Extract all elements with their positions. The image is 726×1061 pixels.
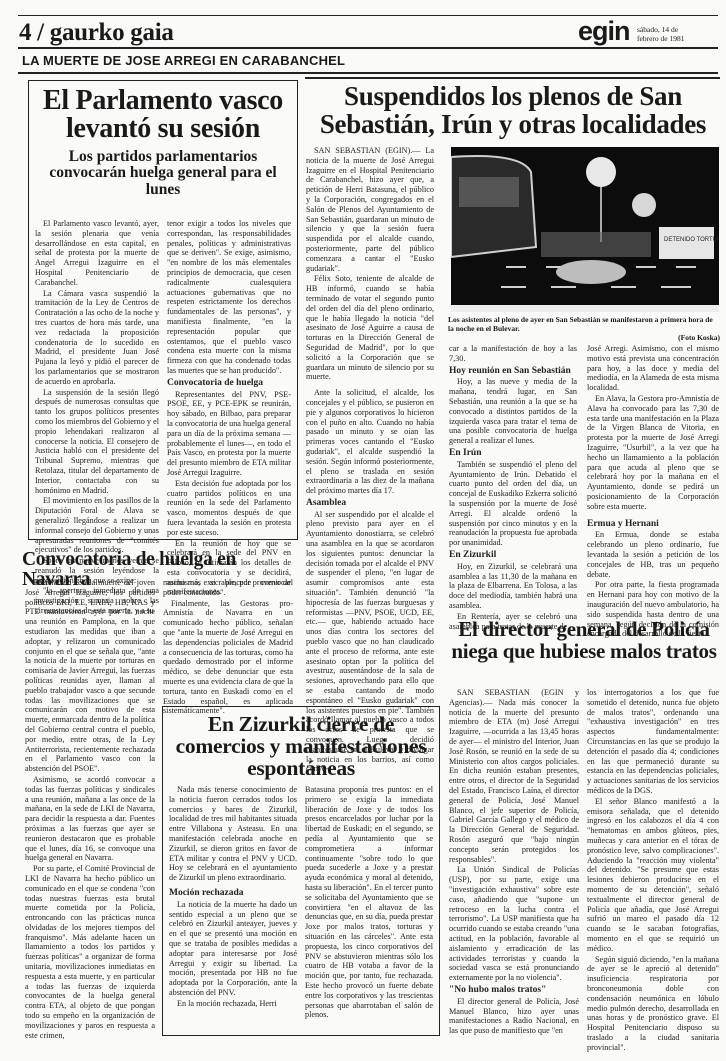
egin-logo: egin [578, 16, 630, 47]
paragraph: El movimiento en los pasillos de la Dipu… [35, 496, 159, 555]
paragraph: José Arregi. Asimismo, con el mismo moti… [587, 344, 719, 393]
paragraph: los interrogatorios a los que fue someti… [587, 688, 719, 796]
paragraph: El director general de Policía, José Man… [449, 997, 579, 1036]
date-line-2: febrero de 1981 [637, 34, 717, 43]
zizurkil-col-2: Batasuna proponía tres puntos: en el pri… [305, 785, 433, 1021]
plenos-top-rule [305, 77, 720, 79]
paragraph: Batasuna proponía tres puntos: en el pri… [305, 785, 433, 1020]
subhead-parlamento: Los partidos parlamentarios convocarán h… [29, 143, 297, 198]
photo-caption: Los asistentes al pleno de ayer en San S… [448, 315, 720, 342]
subsection-irun: En Irún [449, 449, 577, 459]
subsection-ermua: Ermua y Hernani [587, 520, 719, 530]
paragraph: mucho más execrable, por provenir del po… [163, 578, 293, 598]
subsection-convocatoria: Convocatoria de huelga [167, 379, 291, 389]
headline-plenos: Suspendidos los plenos de San Sebastián,… [308, 82, 718, 138]
plenos-col-1: SAN SEBASTIAN (EGIN).— La noticia de la … [306, 146, 434, 775]
topic-rule [18, 72, 718, 74]
paragraph: Nada más tenerse conocimiento de la noti… [169, 785, 297, 883]
topic-banner: LA MUERTE DE JOSE ARREGI EN CARABANCHEL [22, 53, 345, 68]
paragraph: Hoy, en Zizurkil, se celebrará una asamb… [449, 562, 577, 611]
paragraph: SAN SEBASTIAN (EGIN).— La noticia de la … [306, 146, 434, 273]
policia-col-2: los interrogatorios a los que fue someti… [587, 688, 719, 1053]
paragraph: Finalmente, las Gestoras pro-Amnistía de… [163, 599, 293, 717]
section-title: 4 / gaurko gaia [19, 19, 174, 47]
paragraph: En relación con la muerte del joven José… [25, 578, 155, 774]
date-line-1: sábado, 14 de [637, 25, 717, 34]
paragraph: Esta decisión fue adoptada por los cuatr… [167, 479, 291, 538]
paragraph: Por su parte, el Comité Provincial de LK… [25, 864, 155, 1040]
subsection-reunion: Hoy reunión en San Sebastián [449, 367, 577, 377]
paragraph: La noticia de la muerte ha dado un senti… [169, 900, 297, 998]
paragraph: En Ermua, donde se estaba celebrando un … [587, 530, 719, 579]
headline-parlamento: El Parlamento vasco levantó su sesión [29, 81, 297, 143]
news-photo: DETENIDO TORTURADO [451, 147, 719, 312]
article-parlamento: El Parlamento vasco levantó su sesión Lo… [28, 80, 298, 540]
headline-policia: El director general de Policía niega que… [446, 618, 722, 662]
paragraph: tenor exigir a todos los niveles que cor… [167, 219, 291, 376]
paragraph: Asimismo, se acordó convocar a todas las… [25, 775, 155, 863]
masthead-rule [18, 47, 718, 49]
headline-zizurkil: En Zizurkil cierre de comercios y manife… [163, 707, 439, 779]
paragraph: La suspensión de la sesión llegó después… [35, 388, 159, 496]
paragraph: Félix Soto, teniente de alcalde de HB in… [306, 274, 434, 382]
paragraph: También se suspendió el pleno del Ayunta… [449, 460, 577, 548]
parlamento-col-2: tenor exigir a todos los niveles que cor… [167, 219, 291, 598]
paragraph: En la moción rechazada, Herri [169, 999, 297, 1009]
article-zizurkil: En Zizurkil cierre de comercios y manife… [162, 706, 440, 1036]
subsection-zizurkil: En Zizurkil [449, 551, 577, 561]
paragraph: Hoy, a las nueve y media de la mañana, t… [449, 377, 577, 446]
paragraph: El señor Blanco manifestó a la emisora s… [587, 797, 719, 954]
paragraph: La Unión Sindical de Policías (USP), por… [449, 865, 579, 983]
paragraph: Según siguió diciendo, "en la mañana de … [587, 955, 719, 1053]
paragraph: El Parlamento vasco levantó, ayer, la se… [35, 219, 159, 288]
plenos-col-4: José Arregi. Asimismo, con el mismo moti… [587, 344, 719, 640]
navarra-col-2: mucho más execrable, por provenir del po… [163, 578, 293, 717]
subsection-asamblea: Asamblea [306, 499, 434, 509]
protest-photo-icon: DETENIDO TORTURADO [451, 147, 719, 312]
banner-text: DETENIDO TORTURADO [664, 237, 719, 243]
subsection-no-hubo: "No hubo malos tratos" [449, 986, 579, 996]
policia-col-1: SAN SEBASTIAN (EGIN y Agencias).— Nada m… [449, 688, 579, 1037]
subsection-mocion: Moción rechazada [169, 889, 297, 899]
caption-text: Los asistentes al pleno de ayer en San S… [448, 315, 713, 333]
dateline: sábado, 14 de febrero de 1981 [637, 25, 717, 43]
paragraph: SAN SEBASTIAN (EGIN y Agencias).— Nada m… [449, 688, 579, 864]
paragraph: Representantes del PNV, PSE-PSOE, EE, y … [167, 390, 291, 478]
navarra-col-1: En relación con la muerte del joven José… [25, 578, 155, 1041]
paragraph: La Cámara vasca suspendió la tramitación… [35, 289, 159, 387]
paragraph: Ante la solicitud, el alcalde, los conce… [306, 388, 434, 496]
paragraph: car a la manifestación de hoy a las 7,30… [449, 344, 577, 364]
plenos-col-3: car a la manifestación de hoy a las 7,30… [449, 344, 577, 632]
paragraph: En Alava, la Gestora pro-Amnistía de Ala… [587, 394, 719, 512]
zizurkil-col-1: Nada más tenerse conocimiento de la noti… [169, 785, 297, 1010]
photo-credit: (Foto Koska) [448, 333, 720, 342]
